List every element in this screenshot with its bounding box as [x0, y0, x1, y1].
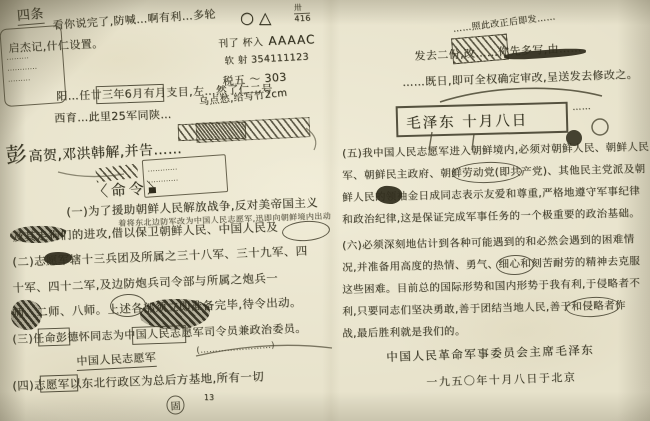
letters-aaaac: AAAAC — [268, 32, 315, 48]
crossed-out-box — [451, 34, 509, 65]
letters-prefix: 刊了 杯入 — [218, 37, 264, 50]
margin-note-line: ……… — [8, 71, 61, 84]
revision-box — [96, 84, 165, 104]
insertion-text: 中国人民志愿军 — [76, 349, 157, 371]
order-item2-line: 十军、四十二军,及边防炮兵司令部与所属之炮兵一 — [12, 270, 278, 296]
editorial-line: ……既日,即可全权确定审改,呈送发去修改之。 — [402, 66, 638, 90]
order-heading: 〈命令〉 — [92, 176, 165, 202]
circle-triangle-doodle: ○△ — [240, 8, 276, 27]
box-side-note: …… — [572, 102, 591, 113]
circled-phrase — [496, 254, 535, 275]
ink-blot — [10, 299, 43, 331]
order-item6-line: 况,并准备用高度的热情、勇气、细心和刻苦耐劳的精神去克服 — [342, 253, 640, 275]
order-item6-line: 这些困难。目前总的国际形势和国内形势于我有利,于侵略者不 — [342, 275, 640, 297]
order-item5-line: (五)我中国人民志愿军进入朝鲜境内,必须对朝鲜人民、朝鲜人民 — [342, 139, 649, 161]
circled-page-mark: 固 — [166, 395, 185, 415]
interline-note: (……………………) — [196, 341, 275, 356]
revision-box — [40, 374, 79, 392]
revision-box — [132, 325, 187, 345]
letters-doodle: 刊了 杯入 AAAAC — [218, 28, 316, 50]
fraction-top: 卅 — [293, 2, 310, 14]
circle-mark — [592, 119, 608, 135]
boxed-signature-date: 毛泽东 十月八日 — [396, 102, 569, 137]
slanted-annotation: ……照此改正后即发…… — [452, 9, 556, 35]
order-item6-line: (六)必须深刻地估计到各种可能遇到的和必然会遇到的困难情 — [342, 231, 635, 253]
order-item5-line: 和政治纪律,这是保证完成军事任务的一个极重要的政治基础。 — [342, 205, 640, 227]
address-first-char: 彭 — [4, 138, 28, 170]
jot-heading: 四条 — [16, 3, 45, 26]
fraction-bottom: 416 — [294, 13, 311, 24]
draft-line: 西育…此里25军同陕… — [54, 106, 172, 126]
jot-line: 看你说完了,防喊…啊有利…多轮 — [52, 6, 216, 33]
date-line: 一九五〇年十月八日于北京 — [426, 369, 576, 390]
numbers-doodle: 软 射 354111123 — [224, 49, 309, 67]
insertion-curve — [440, 88, 602, 102]
boxed-date-text: 毛泽东 十月八日 — [406, 109, 529, 133]
order-item6-line: 战,最后胜利就是我们的。 — [342, 323, 466, 341]
fraction-doodle: 卅 416 — [293, 2, 311, 24]
manuscript-photo: ……… ………… ……… 四条 看你说完了,防喊…啊有利…多轮 启杰记,什仁设置… — [0, 0, 650, 421]
crossed-out-box — [178, 122, 247, 141]
page-number-jot: 13 — [204, 393, 214, 402]
signature-line: 中国人民革命军事委员会主席毛泽东 — [386, 342, 594, 365]
revision-box — [38, 327, 71, 346]
